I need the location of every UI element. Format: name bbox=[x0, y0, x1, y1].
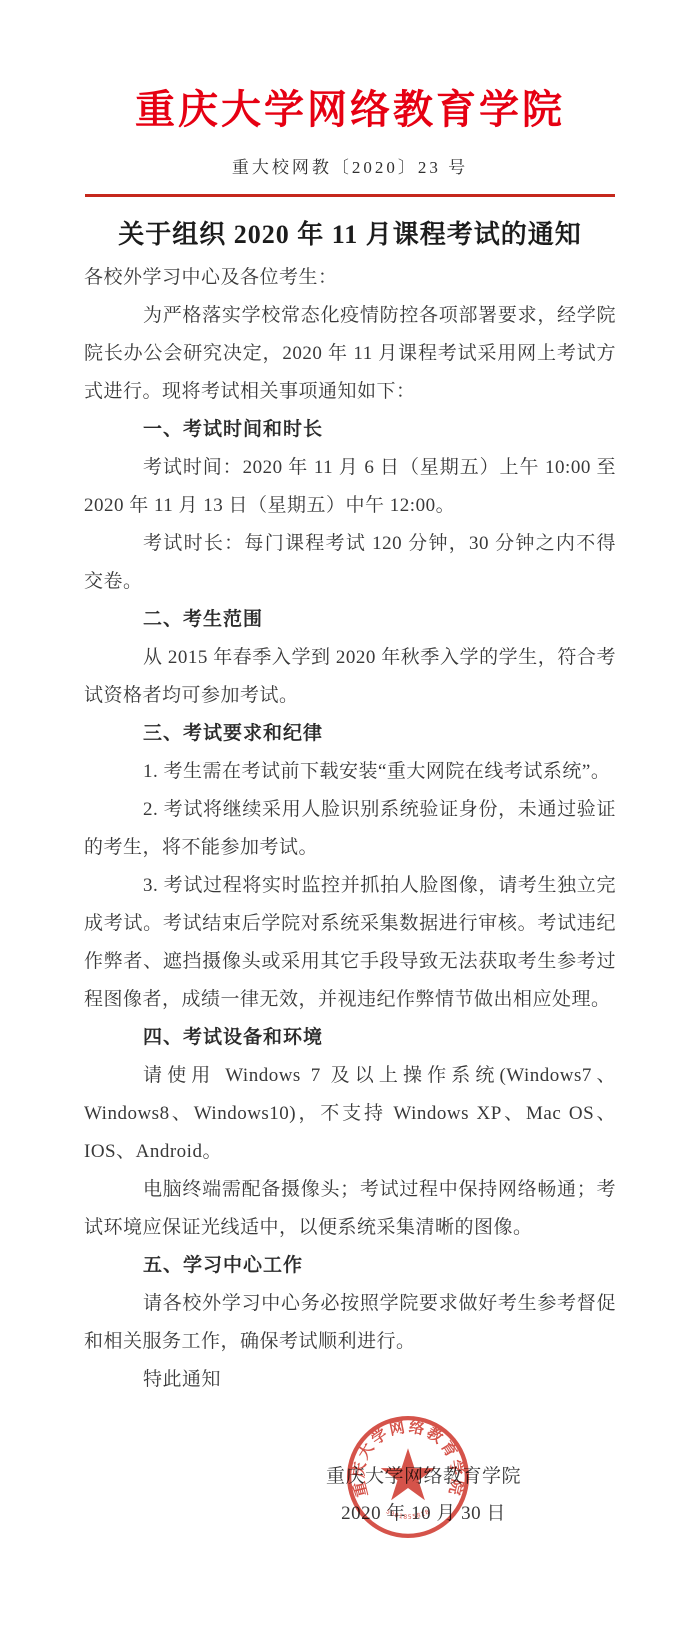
notice-title: 关于组织 2020 年 11 月课程考试的通知 bbox=[60, 217, 640, 253]
notice-body: 各校外学习中心及各位考生： 为严格落实学校常态化疫情防控各项部署要求，经学院院长… bbox=[84, 259, 616, 1399]
section-heading: 一、考试时间和时长 bbox=[84, 411, 616, 449]
official-seal-stamp: 重庆大学网络教育学院 5001855818 bbox=[341, 1410, 475, 1544]
section-heading: 四、考试设备和环境 bbox=[84, 1019, 616, 1057]
paragraph: 请使用 Windows 7 及以上操作系统(Windows7、Windows8、… bbox=[84, 1057, 616, 1171]
paragraph: 电脑终端需配备摄像头；考试过程中保持网络畅通；考试环境应保证光线适中，以便系统采… bbox=[84, 1171, 616, 1247]
seal-serial-number: 5001855818 bbox=[385, 1508, 432, 1521]
paragraph: 考试时间：2020 年 11 月 6 日（星期五）上午 10:00 至 2020… bbox=[84, 449, 616, 525]
section-heading: 五、学习中心工作 bbox=[84, 1247, 616, 1285]
document-page: 重庆大学网络教育学院 重大校网教〔2020〕23 号 关于组织 2020 年 1… bbox=[0, 0, 700, 1625]
body-blocks: 为严格落实学校常态化疫情防控各项部署要求，经学院院长办公会研究决定，2020 年… bbox=[84, 297, 616, 1361]
paragraph: 请各校外学习中心务必按照学院要求做好考生参考督促和相关服务工作，确保考试顺利进行… bbox=[84, 1285, 616, 1361]
paragraph: 3. 考试过程将实时监控并抓拍人脸图像，请考生独立完成考试。考试结束后学院对系统… bbox=[84, 867, 616, 1019]
paragraph: 考试时长：每门课程考试 120 分钟，30 分钟之内不得交卷。 bbox=[84, 525, 616, 601]
seal-star-icon bbox=[381, 1448, 436, 1500]
paragraph: 从 2015 年春季入学到 2020 年秋季入学的学生，符合考试资格者均可参加考… bbox=[84, 639, 616, 715]
red-divider-rule bbox=[85, 194, 615, 197]
section-heading: 二、考生范围 bbox=[84, 601, 616, 639]
paragraph: 为严格落实学校常态化疫情防控各项部署要求，经学院院长办公会研究决定，2020 年… bbox=[84, 297, 616, 411]
paragraph: 2. 考试将继续采用人脸识别系统验证身份，未通过验证的考生，将不能参加考试。 bbox=[84, 791, 616, 867]
section-heading: 三、考试要求和纪律 bbox=[84, 715, 616, 753]
closing-line: 特此通知 bbox=[84, 1361, 616, 1399]
salutation: 各校外学习中心及各位考生： bbox=[84, 259, 616, 297]
paragraph: 1. 考生需在考试前下载安装“重大网院在线考试系统”。 bbox=[84, 753, 616, 791]
document-number: 重大校网教〔2020〕23 号 bbox=[0, 156, 700, 180]
letterhead-title: 重庆大学网络教育学院 bbox=[0, 0, 700, 134]
